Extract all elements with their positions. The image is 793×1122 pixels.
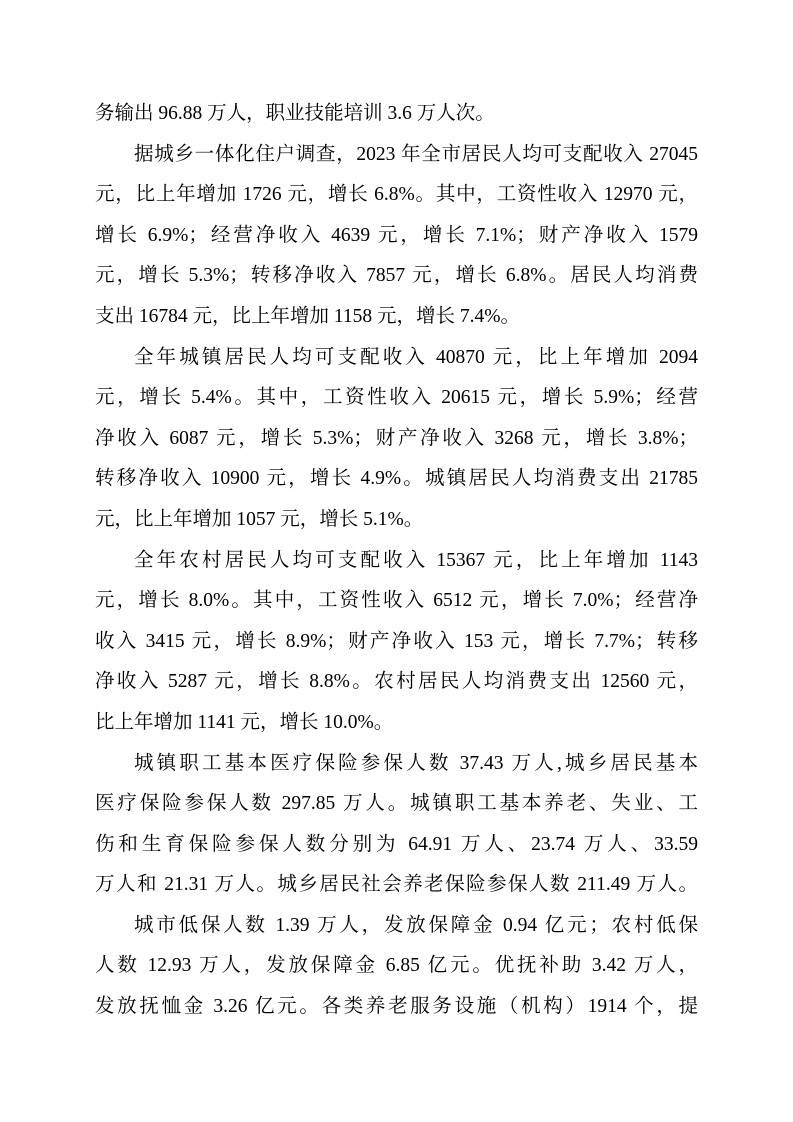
paragraph: 据城乡一体化住户调查，2023 年全市居民人均可支配收入 27045元，比上年增… — [95, 135, 698, 338]
text-line: 支出 16784 元，比上年增加 1158 元，增长 7.4%。 — [95, 297, 698, 338]
text-line: 城镇职工基本医疗保险参保人数 37.43 万人,城乡居民基本 — [95, 744, 698, 785]
text-line: 净收入 5287 元，增长 8.8%。农村居民人均消费支出 12560 元， — [95, 662, 698, 703]
text-line: 净收入 6087 元，增长 5.3%；财产净收入 3268 元，增长 3.8%； — [95, 419, 698, 460]
text-line: 务输出 96.88 万人，职业技能培训 3.6 万人次。 — [95, 94, 698, 135]
text-line: 元，增长 8.0%。其中，工资性收入 6512 元，增长 7.0%；经营净 — [95, 581, 698, 622]
text-line: 伤和生育保险参保人数分别为 64.91 万人、23.74 万人、33.59 — [95, 825, 698, 866]
text-line: 收入 3415 元，增长 8.9%；财产净收入 153 元，增长 7.7%；转移 — [95, 622, 698, 663]
text-line: 元，比上年增加 1726 元，增长 6.8%。其中，工资性收入 12970 元， — [95, 175, 698, 216]
text-line: 城市低保人数 1.39 万人，发放保障金 0.94 亿元；农村低保 — [95, 906, 698, 947]
paragraph: 全年农村居民人均可支配收入 15367 元，比上年增加 1143元，增长 8.0… — [95, 541, 698, 744]
text-line: 医疗保险参保人数 297.85 万人。城镇职工基本养老、失业、工 — [95, 784, 698, 825]
text-line: 发放抚恤金 3.26 亿元。各类养老服务设施（机构）1914 个，提 — [95, 987, 698, 1028]
document-body: 务输出 96.88 万人，职业技能培训 3.6 万人次。据城乡一体化住户调查，2… — [95, 94, 698, 1028]
text-line: 比上年增加 1141 元，增长 10.0%。 — [95, 703, 698, 744]
paragraph: 全年城镇居民人均可支配收入 40870 元，比上年增加 2094元，增长 5.4… — [95, 338, 698, 541]
paragraph: 城市低保人数 1.39 万人，发放保障金 0.94 亿元；农村低保人数 12.9… — [95, 906, 698, 1028]
text-line: 元，增长 5.3%；转移净收入 7857 元，增长 6.8%。居民人均消费 — [95, 256, 698, 297]
text-line: 增长 6.9%；经营净收入 4639 元，增长 7.1%；财产净收入 1579 — [95, 216, 698, 257]
text-line: 据城乡一体化住户调查，2023 年全市居民人均可支配收入 27045 — [95, 135, 698, 176]
paragraph: 城镇职工基本医疗保险参保人数 37.43 万人,城乡居民基本医疗保险参保人数 2… — [95, 744, 698, 906]
text-line: 全年农村居民人均可支配收入 15367 元，比上年增加 1143 — [95, 541, 698, 582]
text-line: 人数 12.93 万人，发放保障金 6.85 亿元。优抚补助 3.42 万人， — [95, 946, 698, 987]
paragraph-continuation: 务输出 96.88 万人，职业技能培训 3.6 万人次。 — [95, 94, 698, 135]
text-line: 全年城镇居民人均可支配收入 40870 元，比上年增加 2094 — [95, 338, 698, 379]
text-line: 元，比上年增加 1057 元，增长 5.1%。 — [95, 500, 698, 541]
text-line: 万人和 21.31 万人。城乡居民社会养老保险参保人数 211.49 万人。 — [95, 865, 698, 906]
text-line: 元，增长 5.4%。其中，工资性收入 20615 元，增长 5.9%；经营 — [95, 378, 698, 419]
text-line: 转移净收入 10900 元，增长 4.9%。城镇居民人均消费支出 21785 — [95, 459, 698, 500]
document-page: 务输出 96.88 万人，职业技能培训 3.6 万人次。据城乡一体化住户调查，2… — [0, 0, 793, 1122]
